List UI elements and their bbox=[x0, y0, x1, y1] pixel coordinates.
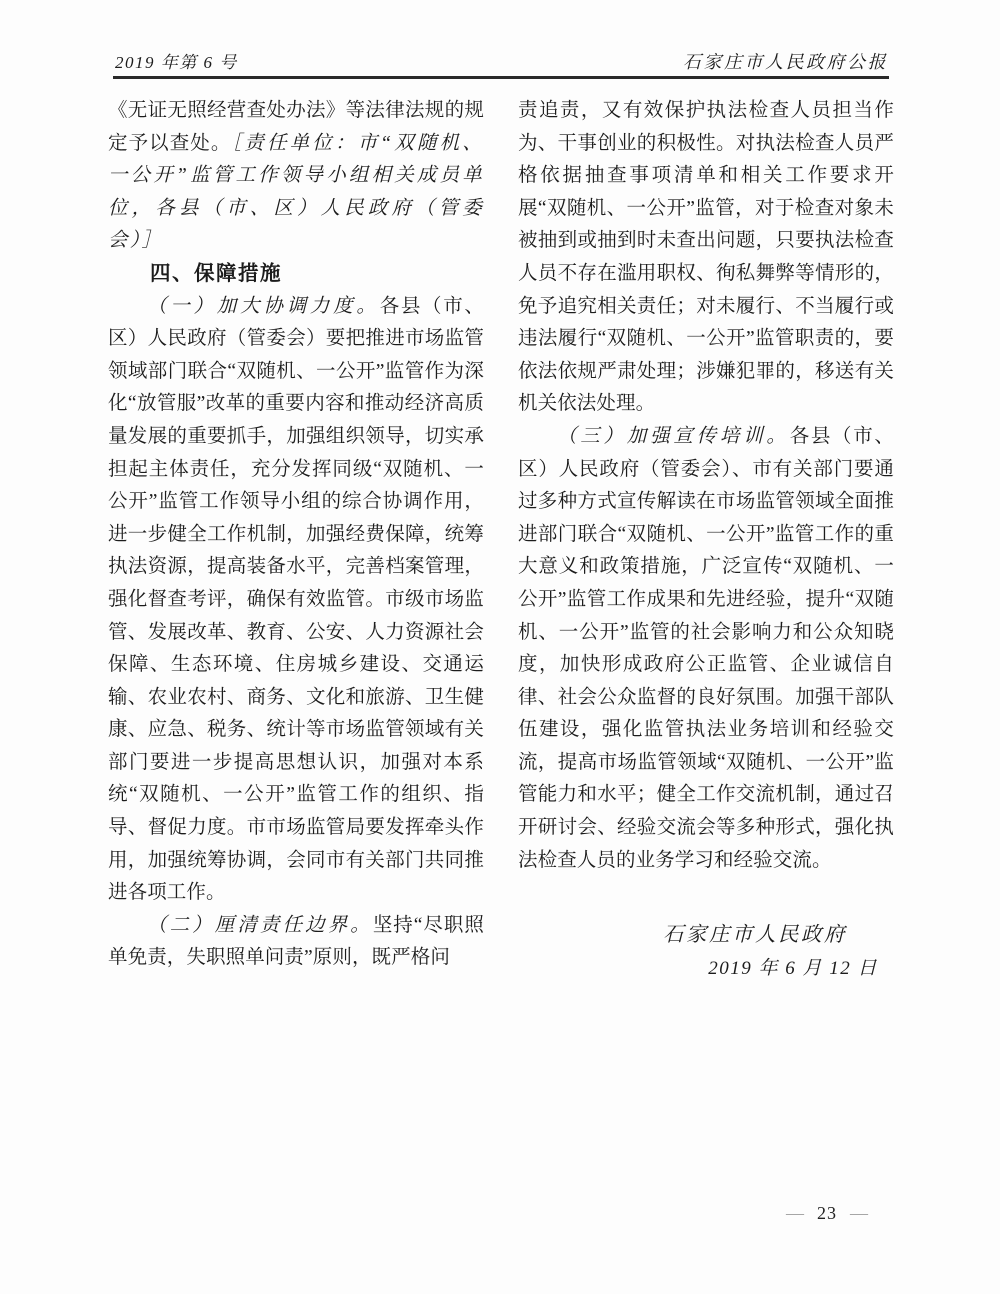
footer-left-dash: — bbox=[786, 1203, 804, 1224]
signature-date: 2019 年 6 月 12 日 bbox=[518, 952, 894, 986]
signature-block: 石家庄市人民政府 2019 年 6 月 12 日 bbox=[518, 918, 894, 986]
signature-authority: 石家庄市人民政府 bbox=[518, 918, 894, 952]
issue-number: 2019 年第 6 号 bbox=[115, 48, 238, 73]
item-one-paragraph: （一）加大协调力度。各县（市、区）人民政府（管委会）要把推进市场监管领域部门联合… bbox=[108, 291, 484, 910]
item-three-paragraph: （三）加强宣传培训。各县（市、区）人民政府（管委会）、市有关部门要通过多种方式宣… bbox=[518, 421, 894, 877]
item-two-continued-paragraph: 责追责，又有效保护执法检查人员担当作为、干事创业的积极性。对执法检查人员严格依据… bbox=[518, 95, 894, 421]
right-column: 责追责，又有效保护执法检查人员担当作为、干事创业的积极性。对执法检查人员严格依据… bbox=[518, 95, 894, 986]
left-column: 《无证无照经营查处办法》等法律法规的规定予以查处。［责任单位：市“双随机、一公开… bbox=[108, 95, 484, 975]
item-two-lead: （二）厘清责任边界。 bbox=[147, 915, 373, 936]
item-one-body: 各县（市、区）人民政府（管委会）要把推进市场监管领域部门联合“双随机、一公开”监… bbox=[108, 296, 484, 904]
page-footer: — 23 — bbox=[757, 1203, 897, 1224]
section-heading: 四、保障措施 bbox=[108, 258, 484, 291]
item-three-lead: （三）加强宣传培训。 bbox=[557, 426, 790, 447]
gazette-page: 2019 年第 6 号 石家庄市人民政府公报 《无证无照经营查处办法》等法律法规… bbox=[0, 0, 1000, 1294]
gazette-title: 石家庄市人民政府公报 bbox=[683, 48, 888, 74]
item-three-body: 各县（市、区）人民政府（管委会）、市有关部门要通过多种方式宣传解读在市场监管领域… bbox=[518, 426, 894, 871]
footer-right-dash: — bbox=[850, 1203, 868, 1224]
item-one-lead: （一）加大协调力度。 bbox=[147, 296, 380, 317]
page-header: 2019 年第 6 号 石家庄市人民政府公报 bbox=[115, 48, 888, 74]
header-divider bbox=[113, 76, 889, 79]
page-number: 23 bbox=[817, 1203, 837, 1224]
item-two-paragraph: （二）厘清责任边界。坚持“尽职照单免责，失职照单问责”原则，既严格问 bbox=[108, 910, 484, 975]
continuation-paragraph: 《无证无照经营查处办法》等法律法规的规定予以查处。［责任单位：市“双随机、一公开… bbox=[108, 95, 484, 258]
